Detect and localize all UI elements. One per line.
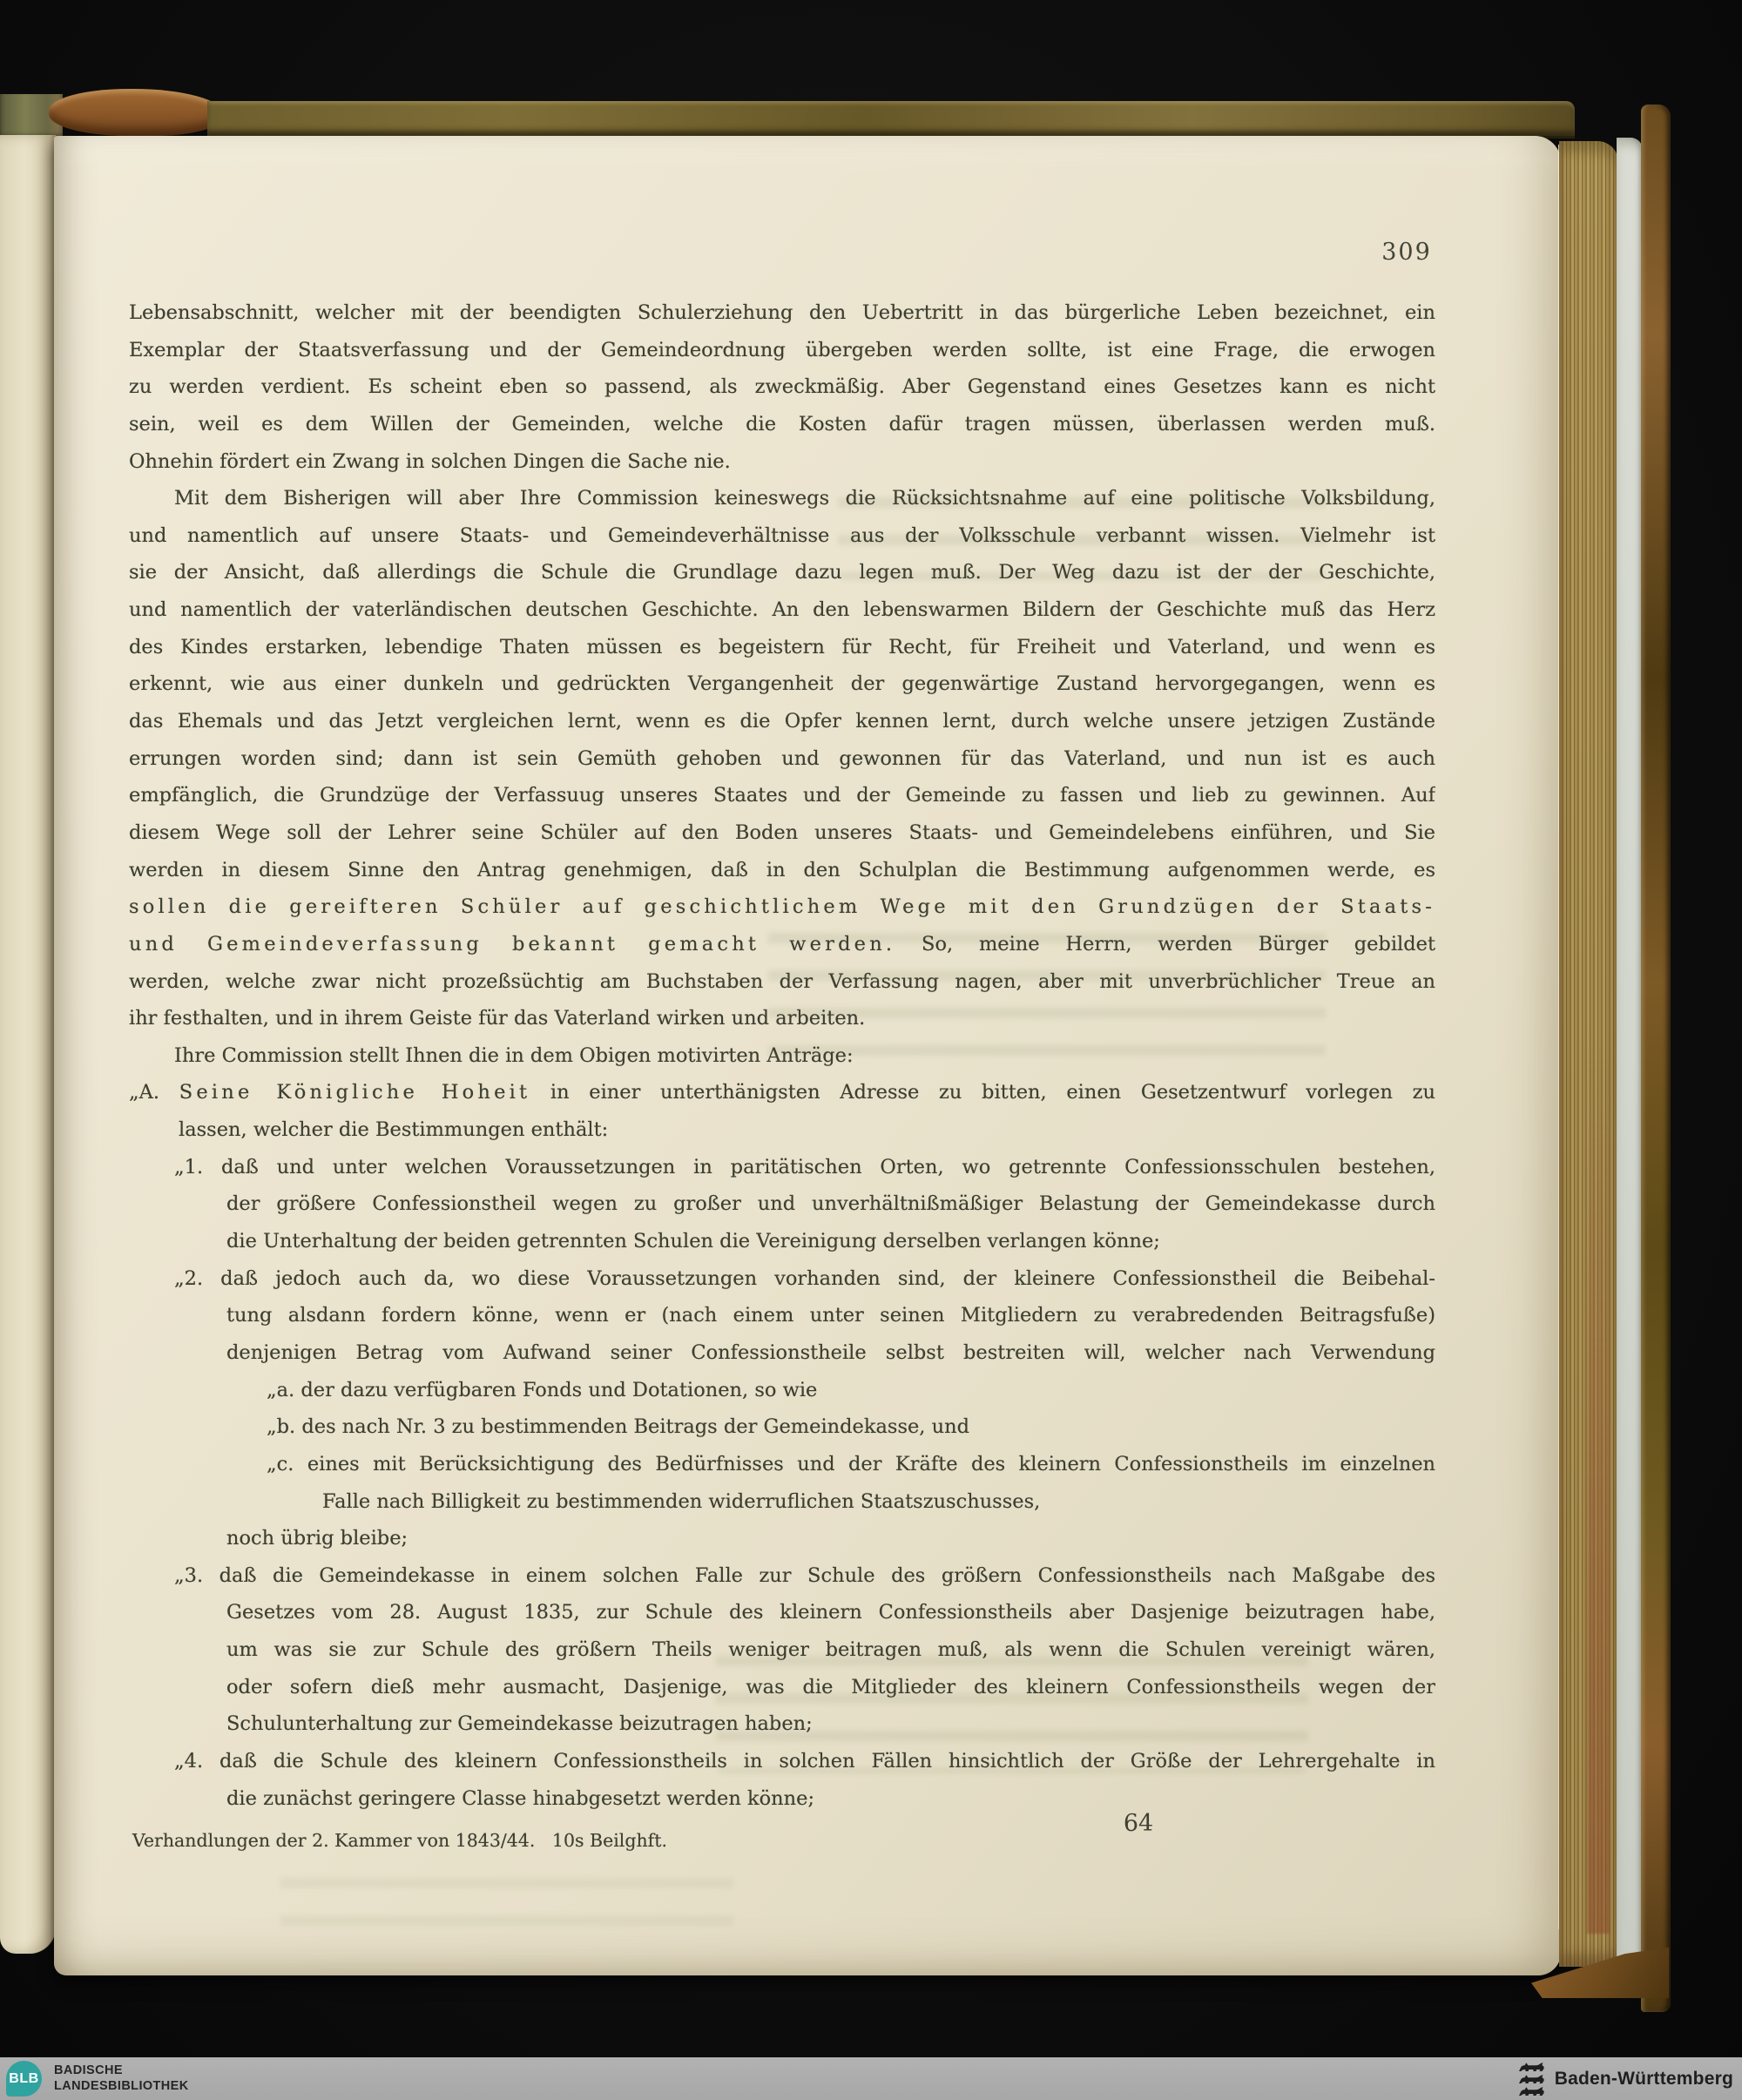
outer-leaf-edge [1617, 138, 1643, 1974]
text-line: und Gemeindeverfassung bekannt gemacht w… [129, 926, 1435, 963]
text-line: tung alsdann fordern könne, wenn er (nac… [226, 1297, 1435, 1334]
text-line: ihr festhalten, und in ihrem Geiste für … [129, 1000, 1435, 1037]
library-name: BADISCHE LANDESBIBLIOTHEK [54, 2063, 189, 2094]
text-line: und namentlich der vaterländischen deuts… [129, 591, 1435, 629]
text-line: „A. Seine Königliche Hoheit in einer unt… [129, 1074, 1435, 1111]
library-name-line2: LANDESBIBLIOTHEK [54, 2078, 189, 2094]
text-line: Schulunterhaltung zur Gemeindekasse beiz… [226, 1705, 1435, 1743]
fore-edge-stain [1587, 1045, 1610, 1934]
text-line: das Ehemals und das Jetzt vergleichen le… [129, 703, 1435, 740]
branding-bar: BLB BADISCHE LANDESBIBLIOTHEK Baden-Würt… [0, 2057, 1742, 2100]
blb-logo-icon: BLB [6, 2061, 42, 2097]
text-line: „1. daß und unter welchen Voraussetzunge… [174, 1149, 1435, 1186]
text-line: die Unterhaltung der beiden getrennten S… [226, 1223, 1435, 1260]
text-line: lassen, welcher die Bestimmungen enthält… [179, 1111, 1435, 1149]
text-line: um was sie zur Schule des größern Theils… [226, 1631, 1435, 1669]
text-line: des Kindes erstarken, lebendige Thaten m… [129, 629, 1435, 666]
text-line: der größere Confessionstheil wegen zu gr… [226, 1185, 1435, 1223]
library-name-line1: BADISCHE [54, 2063, 189, 2078]
page-number: 309 [1359, 239, 1455, 266]
text-line: werden in diesem Sinne den Antrag genehm… [129, 852, 1435, 889]
text-line: diesem Wege soll der Lehrer seine Schüle… [129, 814, 1435, 852]
state-name: Baden-Württemberg [1555, 2069, 1733, 2090]
text-line: „a. der dazu verfügbaren Fonds und Dotat… [267, 1372, 1435, 1409]
text-line: oder sofern dieß mehr ausmacht, Dasjenig… [226, 1669, 1435, 1706]
book-page: 309 Lebensabschnitt, welcher mit der bee… [54, 136, 1561, 1975]
text-line: die zunächst geringere Classe hinabgeset… [226, 1780, 1435, 1818]
text-line: Ihre Commission stellt Ihnen die in dem … [129, 1037, 1435, 1075]
state-branding: Baden-Württemberg [1516, 2057, 1733, 2100]
text-line: Falle nach Billigkeit zu bestimmenden wi… [322, 1483, 1435, 1521]
signature-number: 64 [1099, 1810, 1178, 1837]
text-line: und namentlich auf unsere Staats- und Ge… [129, 517, 1435, 555]
text-line: Gesetzes vom 28. August 1835, zur Schule… [226, 1594, 1435, 1631]
text-line: sollen die gereifteren Schüler auf gesch… [129, 888, 1435, 926]
book-leather-headcap [49, 89, 223, 136]
text-line: denjenigen Betrag vom Aufwand seiner Con… [226, 1334, 1435, 1372]
blb-logo-text: BLB [9, 2071, 38, 2087]
text-line: sein, weil es dem Willen der Gemeinden, … [129, 406, 1435, 443]
scanned-book-view: 309 Lebensabschnitt, welcher mit der bee… [0, 0, 1742, 2100]
verso-show-through [280, 1865, 733, 1952]
text-line: empfänglich, die Grundzüge der Verfassuu… [129, 777, 1435, 814]
text-line: „4. daß die Schule des kleinern Confessi… [174, 1743, 1435, 1780]
baden-wuerttemberg-lions-icon [1516, 2062, 1546, 2098]
text-line: „c. eines mit Berücksichtigung des Bedür… [267, 1446, 1435, 1483]
text-line: „3. daß die Gemeindekasse in einem solch… [174, 1557, 1435, 1595]
text-line: „b. des nach Nr. 3 zu bestimmenden Beitr… [267, 1408, 1435, 1446]
book-top-edge [207, 101, 1575, 138]
text-line: errungen worden sind; dann ist sein Gemü… [129, 740, 1435, 778]
text-line: werden, welche zwar nicht prozeßsüchtig … [129, 963, 1435, 1001]
text-line: noch übrig bleibe; [226, 1520, 1435, 1557]
text-line: Exemplar der Staatsverfassung und der Ge… [129, 332, 1435, 369]
text-line: sie der Ansicht, daß allerdings die Schu… [129, 554, 1435, 591]
text-line: „2. daß jedoch auch da, wo diese Vorauss… [174, 1260, 1435, 1298]
volume-footer-note: Verhandlungen der 2. Kammer von 1843/44.… [132, 1830, 667, 1851]
text-line: erkennt, wie aus einer dunkeln und gedrü… [129, 665, 1435, 703]
text-line: Lebensabschnitt, welcher mit der beendig… [129, 294, 1435, 332]
text-line: zu werden verdient. Es scheint eben so p… [129, 368, 1435, 406]
book-cover-edge [1641, 105, 1671, 2012]
facing-page-edge [0, 135, 56, 1954]
text-line: Ohnehin fördert ein Zwang in solchen Din… [129, 443, 1435, 481]
text-line: Mit dem Bisherigen will aber Ihre Commis… [129, 480, 1435, 517]
page-text-block: Lebensabschnitt, welcher mit der beendig… [129, 294, 1435, 1817]
